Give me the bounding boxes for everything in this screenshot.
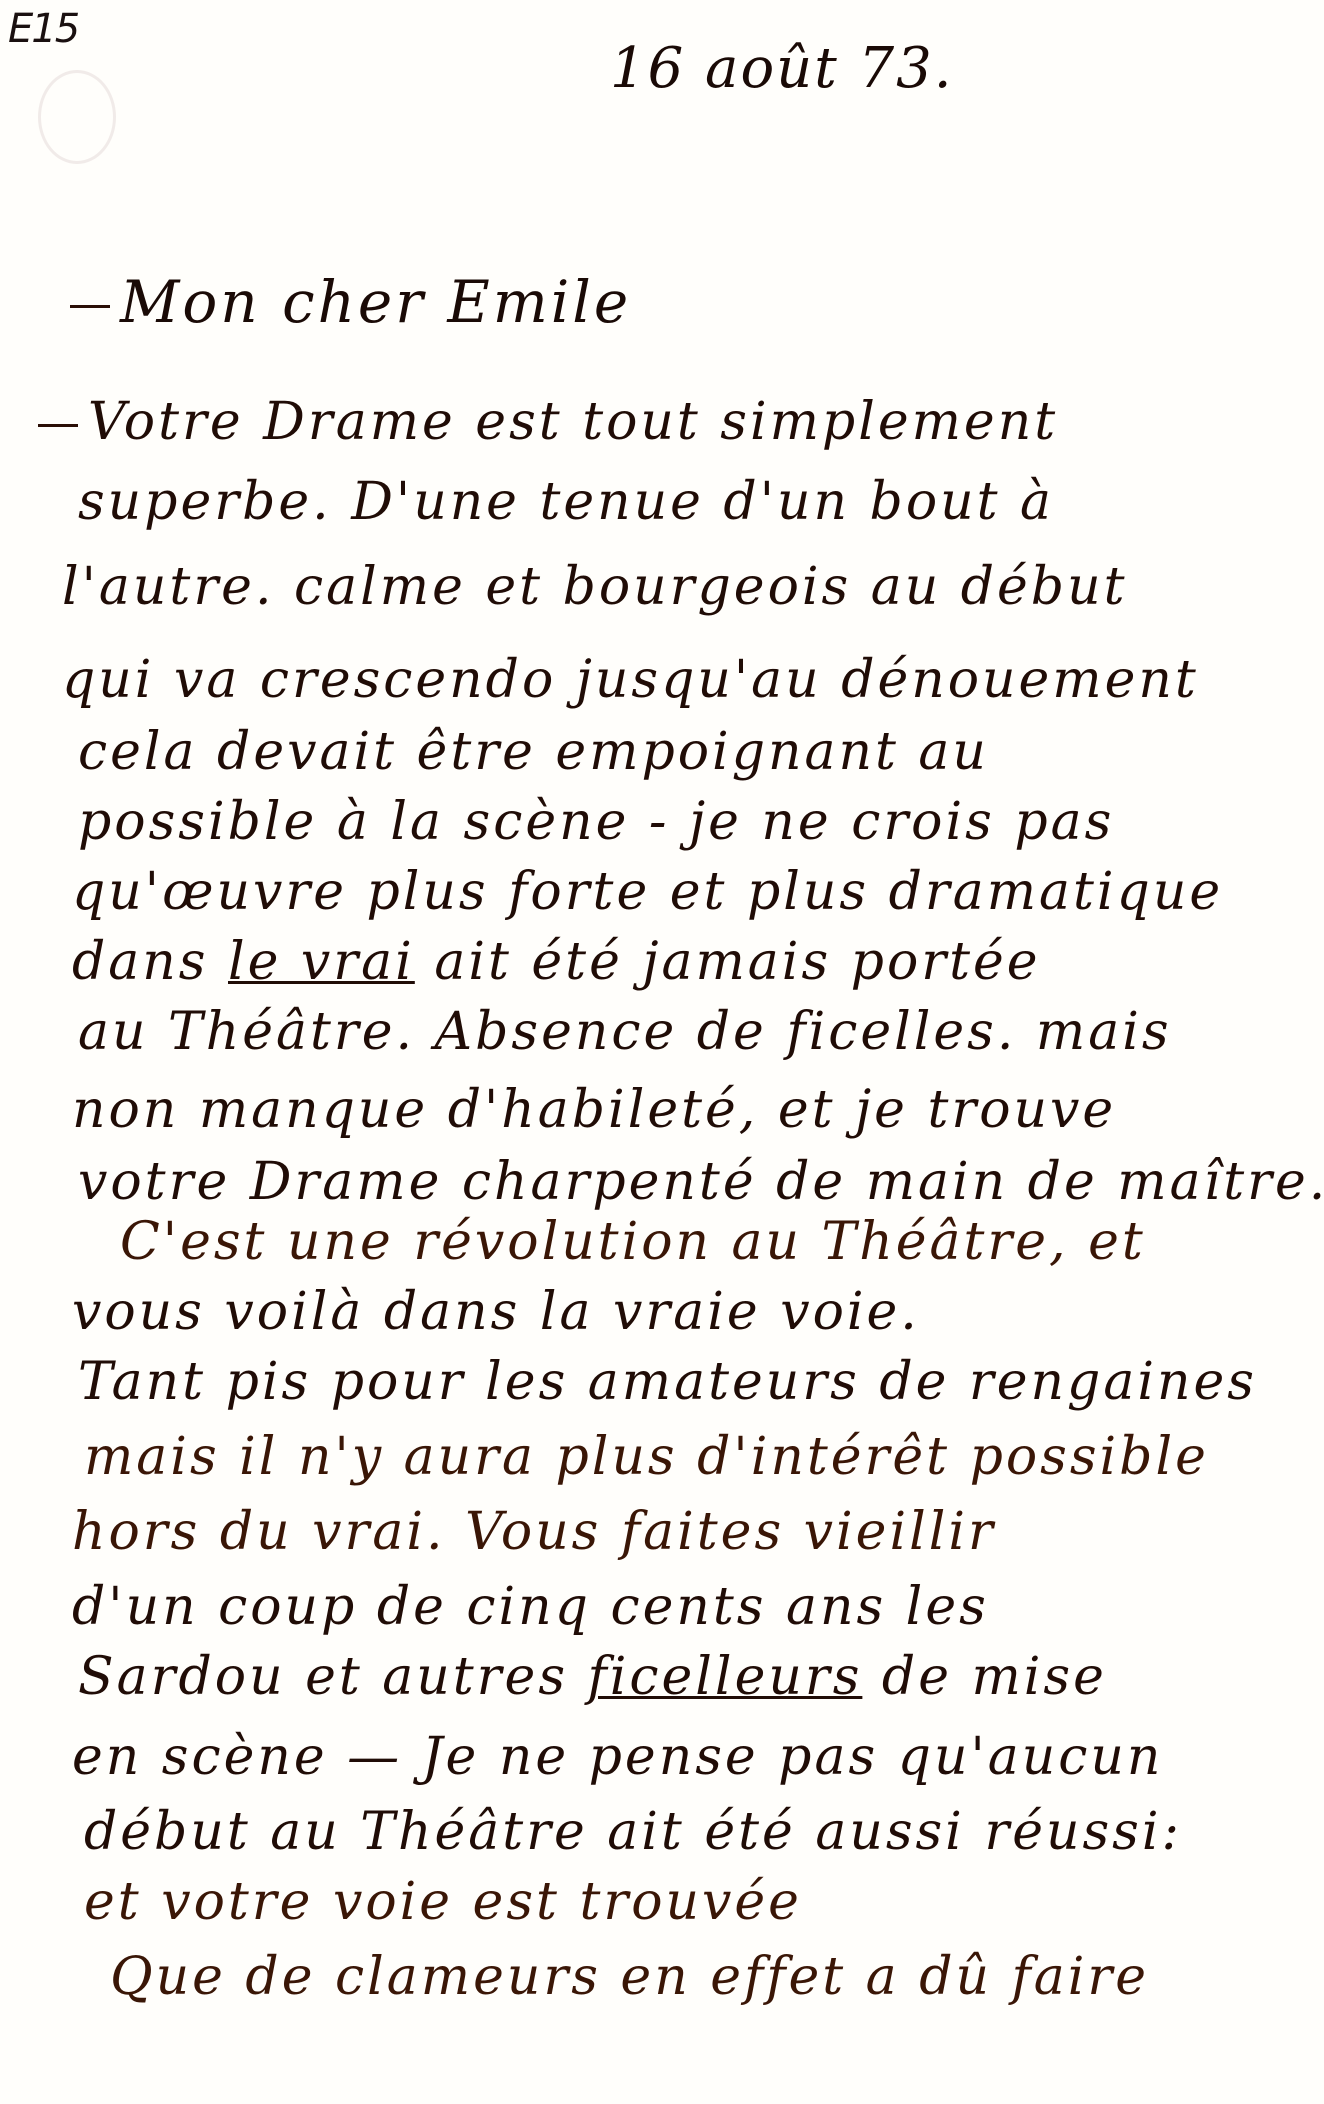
salutation-text: Mon cher Emile	[120, 268, 631, 336]
body-line: cela devait être empoignant au	[78, 722, 989, 782]
body-line: début au Théâtre ait été aussi réussi:	[84, 1802, 1182, 1862]
salutation-dash	[70, 305, 110, 308]
body-line: qui va crescendo jusqu'au dénouement	[62, 650, 1199, 710]
body-line: Que de clameurs en effet a dû faire	[110, 1947, 1149, 2007]
body-line: au Théâtre. Absence de ficelles. mais	[78, 1002, 1172, 1062]
body-line: superbe. D'une tenue d'un bout à	[78, 472, 1054, 532]
body-line: en scène — Je ne pense pas qu'aucun	[72, 1727, 1163, 1787]
body-line: non manque d'habileté, et je trouve	[72, 1080, 1116, 1140]
paragraph-dash	[38, 424, 78, 427]
body-line: et votre voie est trouvée	[84, 1872, 802, 1932]
archive-reference-mark: E15	[8, 6, 78, 52]
body-line: possible à la scène - je ne crois pas	[78, 792, 1114, 852]
body-line-text: ait été jamais portée	[415, 932, 1041, 992]
body-line: votre Drame charpenté de main de maître.	[78, 1152, 1324, 1212]
salutation: Mon cher Emile	[70, 268, 631, 336]
body-line: Tant pis pour les amateurs de rengaines	[78, 1352, 1257, 1412]
faded-seal-stamp	[38, 70, 116, 164]
body-line: C'est une révolution au Théâtre, et	[120, 1212, 1146, 1272]
underlined-phrase: le vrai	[228, 932, 415, 992]
body-line: l'autre. calme et bourgeois au début	[62, 557, 1127, 617]
body-line-text: Sardou et autres	[78, 1647, 588, 1707]
underlined-phrase: ficelleurs	[588, 1647, 863, 1707]
body-line: hors du vrai. Vous faites vieillir	[72, 1502, 996, 1562]
body-line: vous voilà dans la vraie voie.	[72, 1282, 920, 1342]
letter-page: E15 16 août 73. Mon cher Emile Votre Dra…	[0, 0, 1324, 2104]
body-line: dans le vrai ait été jamais portée	[72, 932, 1041, 992]
body-line-text: dans	[72, 932, 228, 992]
body-line: d'un coup de cinq cents ans les	[72, 1577, 989, 1637]
body-line: Votre Drame est tout simplement	[38, 392, 1058, 452]
body-line-text: Votre Drame est tout simplement	[88, 392, 1058, 452]
body-line: qu'œuvre plus forte et plus dramatique	[72, 862, 1223, 922]
body-line: mais il n'y aura plus d'intérêt possible	[84, 1427, 1209, 1487]
body-line-text: de mise	[862, 1647, 1107, 1707]
body-line: Sardou et autres ficelleurs de mise	[78, 1647, 1107, 1707]
letter-date: 16 août 73.	[610, 36, 954, 101]
